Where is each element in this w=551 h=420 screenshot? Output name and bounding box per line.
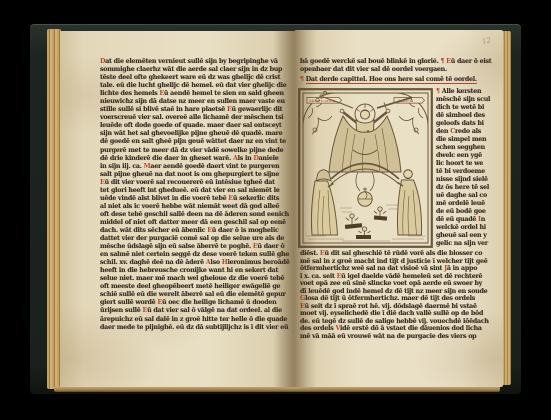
rubric-initial: E [253, 243, 258, 250]
text-line: tē bi verdoeme [436, 168, 499, 176]
text-line: schil. xv. daghē deē na dē āderē Also Hi… [100, 259, 292, 267]
text-line: geloofs dats bi [436, 120, 499, 128]
text-line: stille sullē si blivē staē in hare plaet… [100, 106, 292, 114]
text-line: i x. ca. seit Eū igel daelde vādē hemele… [300, 273, 499, 281]
text-line: openbaer dat dit vier sal dē oordel voer… [300, 66, 499, 74]
text-line: ¶ Alle kersten [436, 88, 499, 96]
rubric-initial: E [320, 250, 325, 257]
text-line: diēst. Eū dit sal gheschiē tē rūdē vorē … [300, 250, 499, 258]
text-line: salt pijne gheuē na dat noot is om ghepu… [100, 171, 292, 179]
christ-figure [316, 91, 412, 191]
left-page-text: Dat die elemēten vernieut sullē sijn by … [100, 58, 292, 338]
rubric-initial: E [207, 227, 212, 234]
text-line: selue niet. maer mē mach wel gheloue dz … [100, 275, 292, 283]
leaf-edges-left [47, 29, 61, 389]
text-line: heeft in die hebreusche cronijke want hi… [100, 267, 292, 275]
rubricated-text: Hoe ons here sal comē tē oordel. [369, 76, 477, 84]
leaf-edges-right [502, 31, 511, 385]
text-line: des ordels Vidē erstē dō ā vstaet die dā… [300, 325, 499, 333]
rubric-initial: M [144, 163, 151, 170]
text-line: mē sal in z groē macht ind tijt d justic… [300, 258, 499, 266]
text-line: middel of niet oft datter meer dā een ge… [100, 219, 292, 227]
text-line: dwelc een ygē [436, 152, 499, 160]
photo-backdrop: Dat die elemēten vernieut sullē sijn by … [0, 0, 551, 420]
text-line: lic hoort te we [436, 160, 499, 168]
world-orb [358, 188, 372, 207]
text-line: sijn wāt het sal ghevoelijke pijne gheuē… [100, 130, 292, 138]
text-line: schiē sullē eū die werelt āberrē sal eū … [100, 291, 292, 299]
text-line: bā goedē werckē sal bouē blinkē in glori… [300, 58, 499, 66]
text-line: in sijn iij. ca. Maer aendē goedē daert … [100, 163, 292, 171]
text-line: ārepuichz eū sal dalē in z groē hitte te… [100, 316, 292, 324]
text-line: giert sullē wordē Eū oec die heilige lic… [100, 299, 292, 307]
banderole-left: Misericordia [307, 98, 342, 104]
rising-souls [345, 207, 387, 239]
text-line: lichte des hemels Eū aendē hemel te sien… [100, 90, 292, 98]
text-line: schen segghen [436, 144, 499, 152]
rubric-initial: A [206, 259, 211, 266]
text-line: gelic na sijn ver [436, 240, 499, 248]
rubric-initial: ¶ [436, 88, 442, 95]
text-line: uē daghe sal co [436, 192, 499, 200]
right-page-middle-row: Misericordia Justicia [298, 88, 499, 248]
rubric-initial: E [157, 299, 162, 306]
text-line: Glosa dē tijt ū ōtfermhertichz. maer dē … [300, 295, 499, 303]
text-line: dich te wetē bi [436, 104, 499, 112]
text-line: leuēde oft dode goede of quade. maer dae… [100, 122, 292, 130]
rubric-initial: A [233, 155, 238, 162]
text-line: die simpel men [436, 136, 499, 144]
text-line: voerscreuē vier sal. overeē alle lichamē… [100, 114, 292, 122]
text-line: Eū seit dz ī spraē rot hē. vij. dōdslagē… [300, 303, 499, 311]
text-line: dz ōs here tē sel [436, 184, 499, 192]
rubricated-text: Dat derde capittel. [306, 76, 369, 84]
text-line: en salmē niet certein seggē dz dese voer… [100, 251, 292, 259]
text-line: mē vā māā eū vrouwē wāt na de purgacie d… [300, 333, 499, 341]
left-page: Dat die elemēten vernieut sullē sijn by … [60, 31, 295, 387]
text-line: dē eū quadē In [436, 216, 499, 224]
text-line: uēde vindē alst blivet in die voerē tebē… [100, 195, 292, 203]
text-line: dē simboel des [436, 112, 499, 120]
rubric-initial: E [227, 106, 232, 113]
text-line: nisse sijnd sielē [436, 176, 499, 184]
text-line: de. eū tegē dz sullē de salige hebbē vij… [300, 318, 499, 326]
rubric-initial: E [100, 179, 105, 186]
text-line: oft dese tebē geschil sallē deen na dē ā… [100, 211, 292, 219]
right-page: 12 bā goedē werckē sal bouē blinkē in gl… [295, 30, 503, 387]
book: Dat die elemēten vernieut sullē sijn by … [30, 24, 521, 394]
rubric-initial: G [300, 295, 305, 302]
text-line: welckē ordel hi [436, 224, 499, 232]
folio-number: 12 [481, 36, 491, 46]
text-line: mē ordelē leuē [436, 200, 499, 208]
text-line: ōtfermhertichz weē sal na dat visioē vā … [300, 265, 499, 273]
virgin-mary-figure [311, 170, 337, 235]
rubric-initial: E [159, 90, 164, 97]
rubric-initial: I [478, 216, 481, 223]
text-line: dach. wāt dits sēcher eū ābenlic Eū daer… [100, 227, 292, 235]
rubric-initial: V [335, 325, 340, 332]
text-line: dī leuēdē god indē hemel dz dē tijt nz m… [300, 288, 499, 296]
text-line: voet opā zee eū sinē slincke voet opā ae… [300, 280, 499, 288]
text-line: nieuwichz sijn dā datse nz meer en sulle… [100, 98, 292, 106]
text-line: sommighe claerhz wāt die aerde sal claer… [100, 66, 292, 74]
text-line: moet vij. eyselichedē die ī diē dach val… [300, 310, 499, 318]
text-line: de eū bodē goe [436, 208, 499, 216]
chapter-heading: ¶ Dat derde capittel. Hoe ons here sal c… [300, 75, 499, 85]
right-column-text: ¶ Alle kerstenmēschē sijn sculdich te we… [436, 88, 499, 248]
text-line: al niet als ic voerē hebbe wāt niemāt we… [100, 203, 292, 211]
text-line: mēsche ūdslagē sijn eū salse āberrē te p… [100, 243, 292, 251]
rubric-initial: J [444, 265, 447, 272]
text-line: ¶ Dat derde capittel. Hoe ons here sal c… [300, 75, 499, 85]
rubric-initial: E [143, 307, 148, 314]
woodcut-last-judgment: Misericordia Justicia [298, 88, 433, 248]
text-line: dē drie kinderē die daer in gheset warē.… [100, 155, 292, 163]
rubric-initial: ¶ E [440, 58, 450, 65]
text-line: mēschē sijn scul [436, 96, 499, 104]
rubric-initial: ¶ [300, 76, 306, 83]
rubric-initial: E [337, 273, 342, 280]
text-line: Eū dit vier voerē sal recouererē eū intē… [100, 179, 292, 187]
text-line: purgerē met te meer dā dz vier vādē sowe… [100, 147, 292, 155]
right-page-intro-text: bā goedē werckē sal bouē blinkē in glori… [300, 58, 499, 74]
rubric-initial: D [253, 155, 258, 162]
rubric-initial: D [100, 58, 105, 65]
text-line: daer mede te pijnighē. eū dz dā subtijli… [100, 324, 292, 332]
text-line: Dat die elemēten vernieut sullē sijn by … [100, 58, 292, 66]
rubric-initial: C [450, 128, 455, 135]
text-line: ūrijsen sullē Eū dat vier sal ō vālgē na… [100, 307, 292, 315]
text-line: den Credo als [436, 128, 499, 136]
text-line: dattet vier der purgaciē comē sal op die… [100, 235, 292, 243]
text-line: tet glori heeft int ghedueē. eū dat vier… [100, 187, 292, 195]
right-page-bottom-text: diēst. Eū dit sal gheschiē tē rūdē vorē … [300, 250, 499, 340]
rubric-initial: E [300, 303, 305, 310]
text-line: gheuē sal een y [436, 232, 499, 240]
text-line: oft meeste deel gheopēbeert metē heilige… [100, 283, 292, 291]
rubric-initial: H [222, 259, 228, 266]
text-line: dē goedē en salt gheē pijn geuē wāttet d… [100, 138, 292, 146]
text-line: tēste deel ofte ghekeert ware eū dz was … [100, 74, 292, 82]
saint-john-figure [397, 170, 421, 235]
rubric-initial: E [228, 195, 233, 202]
text-line: tale. eū die lucht ghelijc dē hemel. eū … [100, 82, 292, 90]
